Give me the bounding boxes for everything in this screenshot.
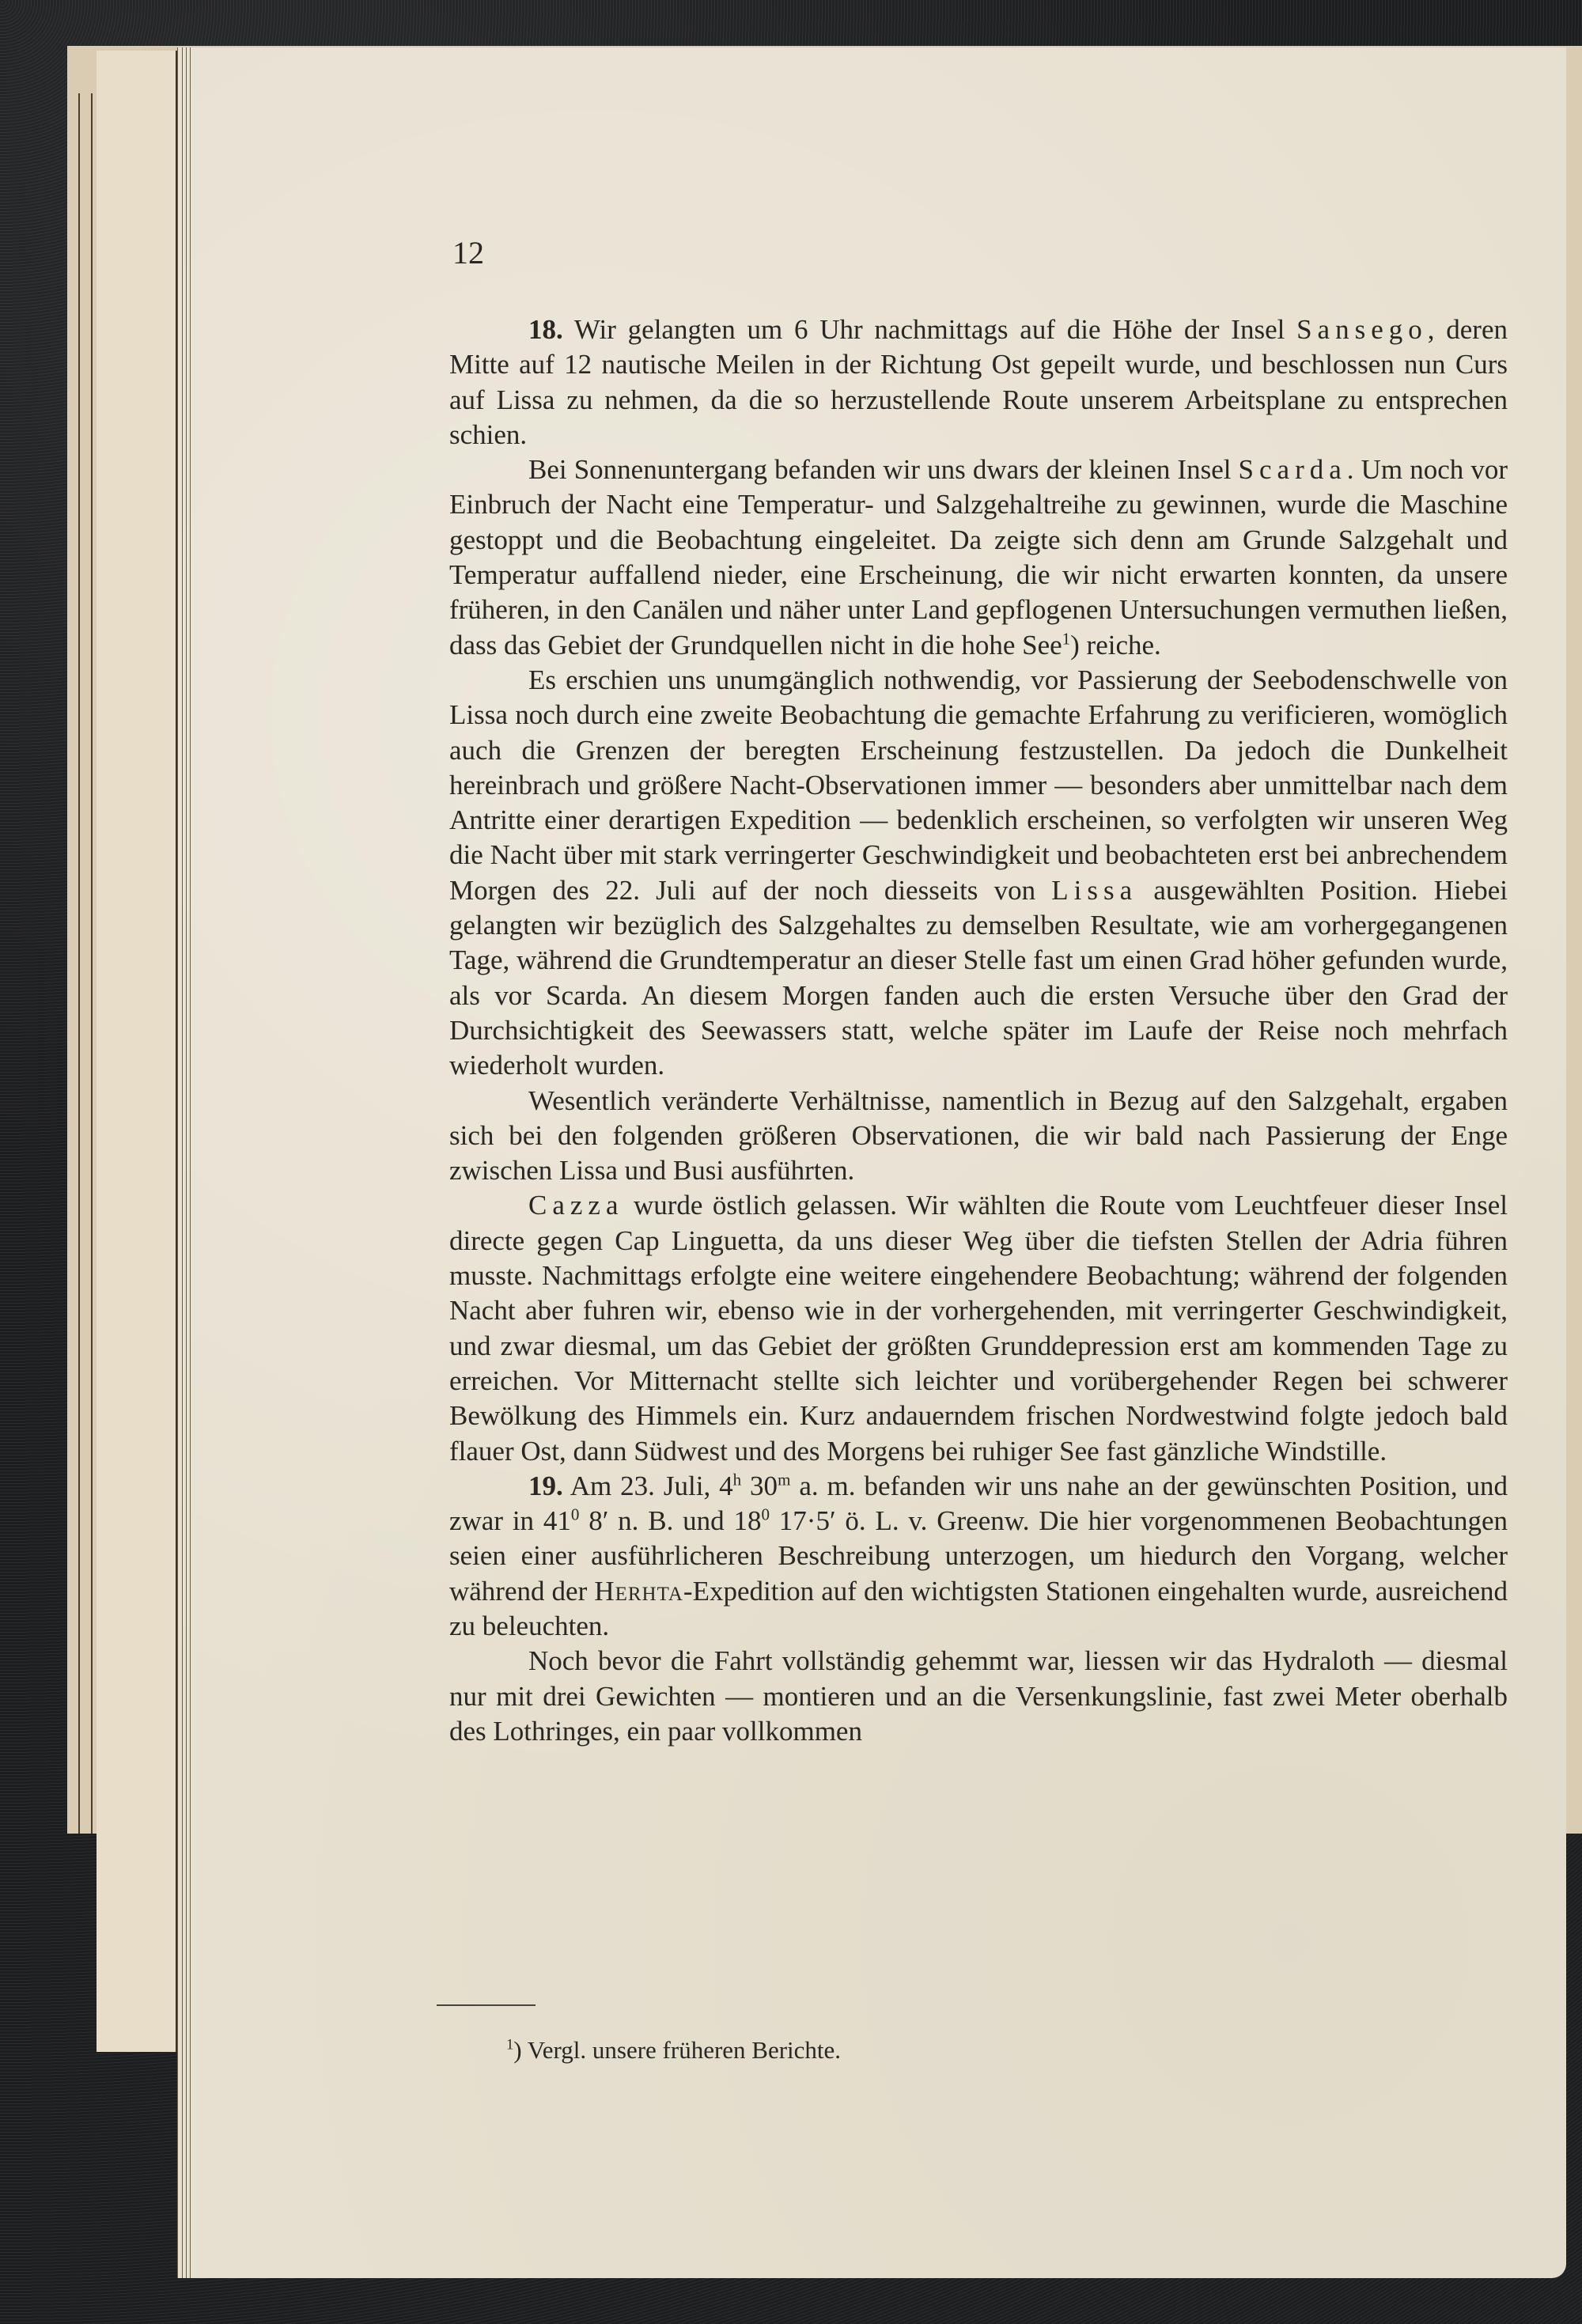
text-run: ) reiche. — [1070, 630, 1161, 660]
superscript: m — [778, 1470, 790, 1489]
paragraph: Cazza wurde östlich gelassen. Wir wählte… — [449, 1188, 1508, 1468]
text-run: 8′ n. B. und 18 — [579, 1505, 761, 1536]
footnote-text: ) Vergl. unsere früheren Berichte. — [513, 2036, 841, 2064]
footnote-separator — [437, 2004, 536, 2006]
gutter-lines — [172, 47, 196, 2278]
footnote: 1) Vergl. unsere früheren Berichte. — [506, 2036, 841, 2065]
text-run: Wir gelangten um 6 Uhr nachmittags auf d… — [563, 314, 1296, 345]
text-run: 30 — [741, 1470, 778, 1501]
page-edge-line — [78, 93, 80, 1834]
paragraph: Noch bevor die Fahrt vollständig gehemmt… — [449, 1644, 1508, 1749]
text-run: . Um noch vor Einbruch der Nacht eine Te… — [449, 454, 1508, 660]
text-run: Cazza — [528, 1190, 623, 1221]
text-run: Lissa — [1051, 875, 1137, 906]
paragraph: Bei Sonnenuntergang befanden wir uns dwa… — [449, 452, 1508, 663]
body-text: 18. Wir gelangten um 6 Uhr nachmittags a… — [449, 312, 1508, 1749]
previous-leaf-edge — [97, 51, 177, 2052]
text-run: Herhta — [594, 1576, 683, 1607]
text-run: wurde östlich gelassen. Wir wählten die … — [449, 1190, 1508, 1466]
section-number: 18. — [528, 314, 563, 345]
paragraph: Wesentlich veränderte Verhältnisse, name… — [449, 1084, 1508, 1189]
text-run: Sansego — [1296, 314, 1428, 345]
text-run: Noch bevor die Fahrt vollständig gehemmt… — [449, 1645, 1508, 1747]
superscript: 0 — [761, 1505, 770, 1523]
page-edge-line — [91, 93, 93, 1834]
paragraph: Es erschien uns unumgänglich nothwendig,… — [449, 663, 1508, 1084]
text-run: Am 23. Juli, 4 — [563, 1470, 733, 1501]
superscript: 0 — [571, 1505, 580, 1523]
superscript: 1 — [1062, 629, 1071, 648]
text-run: Es erschien uns unumgänglich nothwendig,… — [449, 664, 1508, 906]
text-run: Wesentlich veränderte Verhältnisse, name… — [449, 1085, 1508, 1187]
page-number: 12 — [452, 234, 484, 271]
superscript: h — [733, 1470, 742, 1489]
text-run: Bei Sonnenuntergang befanden wir uns dwa… — [528, 454, 1239, 485]
section-number: 19. — [528, 1470, 563, 1501]
paragraph: 18. Wir gelangten um 6 Uhr nachmittags a… — [449, 312, 1508, 452]
text-run: Scarda — [1239, 454, 1347, 485]
footnote-marker: 1 — [506, 2037, 513, 2053]
paragraph: 19. Am 23. Juli, 4h 30m a. m. befanden w… — [449, 1469, 1508, 1644]
